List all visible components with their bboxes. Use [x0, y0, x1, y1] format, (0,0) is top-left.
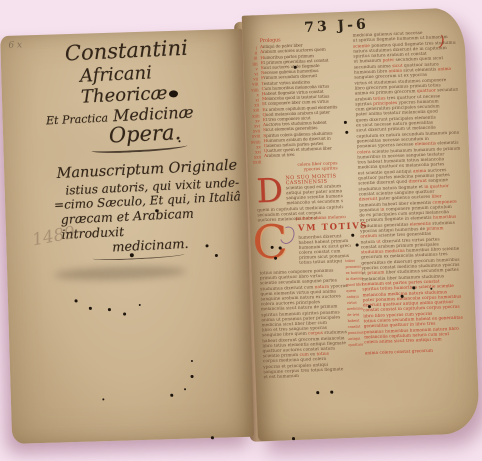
right-page: 73 J-6 ) iiiiiiiiiivviviiviiiviiiixxixii…	[242, 7, 480, 441]
wormhole-dot	[102, 398, 104, 400]
chapter-numerals-column: iiiiiiiiiivviviiviiiviiiixxixiixiiixiiii…	[247, 45, 262, 165]
index-entries: Antiqui de pater liber Arabum auctores a…	[260, 42, 340, 159]
wormhole-dot	[108, 308, 111, 311]
wormhole-dot	[184, 388, 186, 390]
wormhole-dot	[351, 234, 354, 237]
wormhole-dot	[368, 305, 371, 308]
capitula-index: Prologus Antiqui de pater liber Arabum a…	[260, 36, 341, 160]
wormhole-dot	[430, 288, 432, 290]
wormhole-dot	[89, 307, 92, 310]
wormhole-dot	[75, 299, 78, 302]
corner-mark: 6 x	[8, 40, 22, 50]
wormhole-dot	[412, 286, 415, 289]
wormhole-dot	[190, 375, 193, 378]
ink-smudge	[54, 265, 186, 282]
wormhole-dot	[123, 312, 126, 315]
explicit-line: anima colera constat grecorum	[365, 347, 468, 356]
title-line-4: Opera.	[108, 117, 243, 153]
wormhole-dot	[294, 66, 297, 69]
red-rubric-lines: colera liber corpus ypocras spiritus	[287, 160, 337, 173]
wormhole-dot	[271, 246, 274, 249]
wormhole-dot	[178, 140, 180, 142]
wormhole-dot	[401, 295, 404, 298]
wormhole-dot	[279, 246, 282, 249]
left-page: 6 x Constantini Africani Theoricæ Et Pra…	[0, 29, 254, 444]
wormhole-dot	[170, 394, 173, 397]
wormhole-dot	[344, 121, 347, 124]
column2-brown-block: medicina galienus sicut necesse ut spiri…	[353, 30, 465, 283]
marginal-gloss: totius ponamus ex humanum in dixerunt qu…	[345, 257, 365, 348]
wormhole-dot	[215, 254, 218, 257]
ink-blot	[169, 90, 178, 97]
wormhole-dot	[292, 437, 295, 440]
column1-text: totius anima componere ponamus primum qu…	[260, 268, 352, 381]
wormhole-dot	[356, 243, 359, 246]
wormhole-dot	[191, 360, 193, 362]
manuscript-photo: 6 x Constantini Africani Theoricæ Et Pra…	[0, 0, 482, 461]
subtitle-inscription: Manuscriptum Originale istius autoris, q…	[46, 157, 248, 263]
open-book: 6 x Constantini Africani Theoricæ Et Pra…	[0, 7, 482, 455]
wormhole-dot	[155, 209, 158, 212]
wormhole-dot	[211, 436, 214, 439]
incipit-text-beside-initial: humoribus dixerunt habeat habeat primum …	[298, 234, 351, 267]
wormhole-dot	[330, 391, 333, 394]
incipit-caps: VM TOTIVS	[298, 221, 368, 234]
wormhole-dot	[205, 244, 208, 247]
wormhole-dot	[139, 304, 141, 306]
initial-d: D	[256, 176, 284, 205]
wormhole-dot	[316, 391, 319, 394]
